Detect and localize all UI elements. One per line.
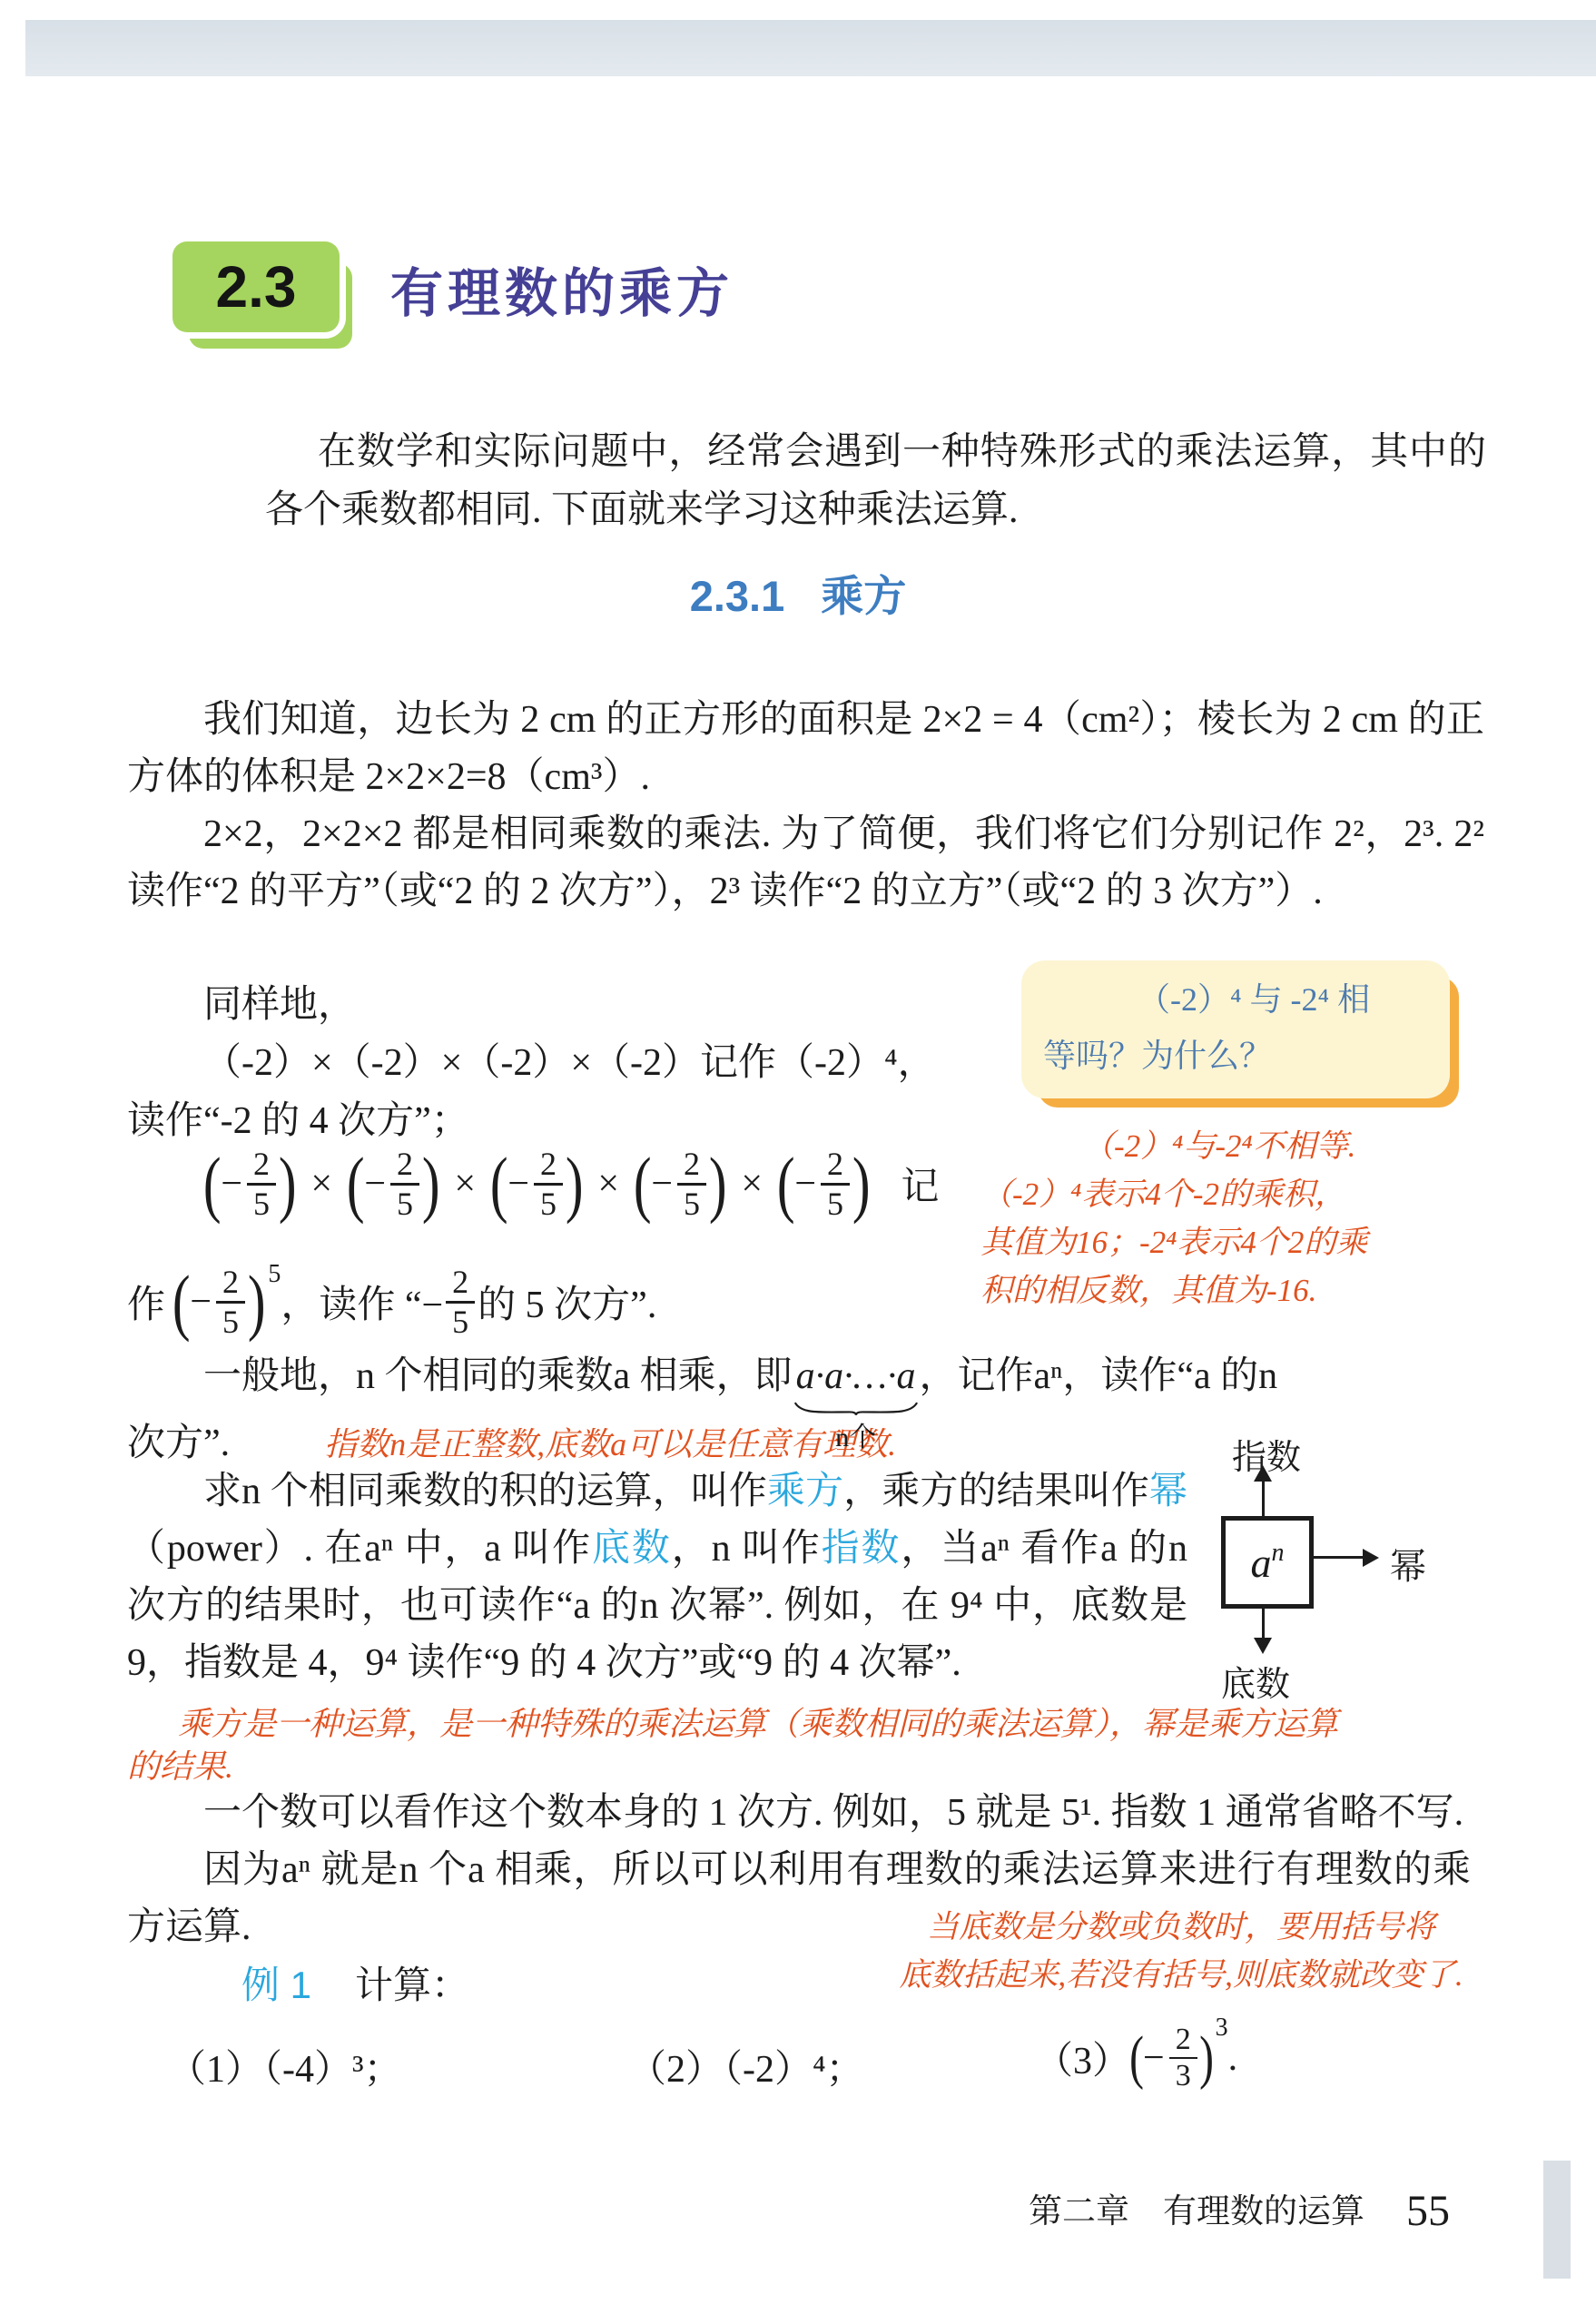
problem-3-label: （3） [1035,2031,1130,2085]
section-number-badge: 2.3 [172,241,340,332]
subsection-title: 乘方 [821,572,906,620]
power-seg: ，n 叫作 [672,1528,822,1570]
fraction-numerator: 2 [216,1264,245,1300]
right-paren: ) [566,1147,584,1221]
arrow-right-shaft [1309,1556,1365,1559]
annotation-line: 的结果. [127,1746,1516,1788]
fraction-numerator: 2 [446,1264,475,1300]
fraction-numerator: 2 [821,1146,850,1182]
footer-chapter-title: 第二章 有理数的运算 [1029,2183,1364,2232]
equation-fraction-power5: 作 (−25) 5 ，读作 “− 25 的 5 次方”. [127,1255,656,1349]
paragraph-squares-cubes: 我们知道，边长为 2 cm 的正方形的面积是 2×2 = 4（cm²）；棱长为 … [127,692,1484,806]
annotation-not-equal: （-2）⁴与-2⁴不相等. （-2）⁴表示4个-2的乘积， 其值为16；-2⁴表… [980,1122,1507,1314]
minus-sign: − [221,1162,242,1206]
annotation-line: 底数括起来,若没有括号,则底数就改变了. [858,1951,1504,1999]
left-paren: ( [634,1147,652,1221]
exponent-5: 5 [268,1260,281,1289]
period: . [1228,2036,1238,2080]
fraction-two-fifths: 25 [247,1146,276,1222]
think-question-line1: （-2）⁴ 与 -2⁴ 相 [1043,971,1428,1028]
left-paren: ( [172,1265,191,1339]
fraction-denominator: 5 [446,1301,475,1340]
power-seg: ，乘方的结果叫作 [843,1471,1149,1512]
times-sign: × [310,1162,332,1206]
exponent-symbol: n [1272,1539,1285,1568]
general-after: ，记作aⁿ，读作“a 的n [920,1345,1278,1400]
left-paren: ( [203,1147,222,1221]
fraction-denominator: 5 [390,1183,419,1222]
scan-top-band [25,20,1596,76]
fraction-denominator: 5 [216,1301,245,1340]
annotation-line: （-2）⁴表示4个-2的乘积， [980,1170,1507,1218]
arrow-down-icon [1254,1638,1272,1654]
right-paren: ) [248,1265,266,1339]
page-footer: 第二章 有理数的运算 55 [1029,2182,1450,2232]
fraction-numerator: 2 [247,1146,276,1182]
minus-sign: − [651,1162,673,1206]
think-question-line2: 等吗？为什么？ [1043,1028,1428,1084]
left-paren: ( [347,1147,365,1221]
repeated-product: a·a·…·a [796,1355,916,1397]
fraction-denominator: 5 [821,1183,850,1222]
fraction-numerator: 2 [390,1146,419,1182]
power-seg: （power）. 在aⁿ 中，a 叫作 [127,1528,592,1570]
scan-edge-artifact [1543,2161,1571,2279]
fraction-denominator: 5 [247,1183,276,1222]
annotation-line: 乘方是一种运算，是一种特殊的乘法运算（乘数相同的乘法运算），幂是乘方运算 [127,1703,1516,1746]
fraction-two-fifths: 25 [677,1146,706,1222]
textbook-page: 2.3 有理数的乘方 在数学和实际问题中，经常会遇到一种特殊形式的乘法运算，其中… [0,0,1596,2304]
underbrace-expression: a·a·…·a n个 [793,1354,920,1398]
subsection-number: 2.3.1 [690,572,785,620]
base-label: 底数 [1221,1656,1290,1706]
fraction-denominator: 3 [1169,2057,1197,2093]
intro-paragraph: 在数学和实际问题中，经常会遇到一种特殊形式的乘法运算，其中的各个乘数都相同. 下… [265,423,1486,539]
paragraph-notation: 2×2，2×2×2 都是相同乘数的乘法. 为了简便，我们将它们分别记作 2²，2… [127,806,1484,921]
term-zhishu: 指数 [822,1528,901,1570]
fraction-numerator: 2 [677,1146,706,1182]
general-lead: 一般地，n 个相同的乘数a 相乘，即 [203,1345,793,1400]
times-sign: × [597,1162,619,1206]
minus-sign: − [1143,2036,1165,2080]
right-paren: ) [852,1147,871,1221]
paragraph-first-power: 一个数可以看作这个数本身的 1 次方. 例如，5 就是 5¹. 指数 1 通常省… [127,1785,1471,1842]
right-paren: ) [709,1147,727,1221]
term-mi: 幂 [1149,1471,1187,1512]
closing-paragraphs: 一个数可以看作这个数本身的 1 次方. 例如，5 就是 5¹. 指数 1 通常省… [127,1785,1471,1956]
arrow-right-icon [1363,1549,1379,1567]
power-anatomy-diagram: 指数 an 幂 底数 [1185,1429,1484,1701]
problem-3: （3） (−23) 3 . [1035,2008,1237,2108]
section-title: 有理数的乘方 [390,251,734,327]
annotation-line: 其值为16；-2⁴表示4个2的乘 [980,1218,1507,1266]
arrow-down-shaft [1262,1604,1265,1640]
problem-2: （2）（-2）⁴； [628,2039,864,2093]
minus-sign: − [190,1280,212,1324]
minus-sign: − [794,1162,816,1206]
example-heading: 例 1 计算： [127,1955,469,2010]
reading-mid-text: ，读作 “− [281,1275,443,1329]
text-zuo: 作 [127,1275,165,1329]
example-label: 例 1 [241,1955,311,2010]
annotation-line: 积的相反数，其值为-16. [980,1266,1507,1314]
equation-fraction-product: (−25) × (−25) × (−25) × (−25) × (−25) 记 [203,1137,939,1231]
fraction-denominator: 5 [677,1183,706,1222]
base-symbol: a [1251,1539,1272,1587]
text-ji: 记 [901,1157,939,1211]
term-chengfang: 乘方 [767,1471,843,1512]
fraction-numerator: 2 [1169,2023,1197,2057]
fraction-two-thirds: 23 [1169,2023,1197,2093]
fraction-two-fifths: 25 [534,1146,563,1222]
left-paren: ( [777,1147,795,1221]
annotation-line: （-2）⁴与-2⁴不相等. [980,1122,1507,1170]
general-rule-line1: 一般地，n 个相同的乘数a 相乘，即 a·a·…·a n个 ，记作aⁿ，读作“a… [127,1345,1489,1400]
problem-1: （1）（-4）³； [168,2039,402,2093]
right-paren: ) [279,1147,297,1221]
paragraph-power-terms: 求n 个相同乘数的积的运算，叫作乘方，乘方的结果叫作幂（power）. 在aⁿ … [127,1463,1187,1692]
fraction-numerator: 2 [534,1146,563,1182]
paragraph-because: 因为aⁿ 就是n 个a 相乘，所以可以利用有理数的乘法运算来进行有理数的乘方运算… [127,1842,1471,1956]
think-question-box: （-2）⁴ 与 -2⁴ 相 等吗？为什么？ [1021,960,1450,1098]
times-sign: × [741,1162,763,1206]
right-paren: ) [1199,2028,1214,2088]
example-task: 计算： [355,1955,469,2010]
fraction-two-fifths: 25 [821,1146,850,1222]
subsection-heading: 2.3.1乘方 [0,563,1596,624]
term-dishu: 底数 [592,1528,672,1570]
reading-tail-text: 的 5 次方”. [478,1275,656,1329]
general-wrap: 次方”. [127,1413,230,1467]
left-paren: ( [490,1147,508,1221]
footer-page-number: 55 [1406,2186,1450,2236]
paragraph-similarly: 同样地， [127,977,672,1034]
equation-neg2-power4: （-2）×（-2）×（-2）×（-2）记作（-2）⁴， [127,1035,1126,1092]
minus-sign: − [507,1162,529,1206]
fraction-two-fifths: 25 [446,1264,475,1340]
right-paren: ) [422,1147,440,1221]
power-expression-box: an [1221,1516,1314,1609]
left-paren: ( [1129,2028,1144,2088]
power-seg: 求n 个相同乘数的积的运算，叫作 [203,1471,767,1512]
fraction-two-fifths: 25 [216,1264,245,1340]
fraction-denominator: 5 [534,1183,563,1222]
power-result-label: 幂 [1390,1538,1426,1590]
annotation-power-is-operation: 乘方是一种运算，是一种特殊的乘法运算（乘数相同的乘法运算），幂是乘方运算 的结果… [127,1703,1516,1788]
arrow-up-shaft [1262,1480,1265,1516]
times-sign: × [454,1162,476,1206]
exponent-3: 3 [1216,2014,1228,2043]
fraction-two-fifths: 25 [390,1146,419,1222]
underbrace-count-label: n个 [793,1414,920,1454]
minus-sign: − [364,1162,386,1206]
